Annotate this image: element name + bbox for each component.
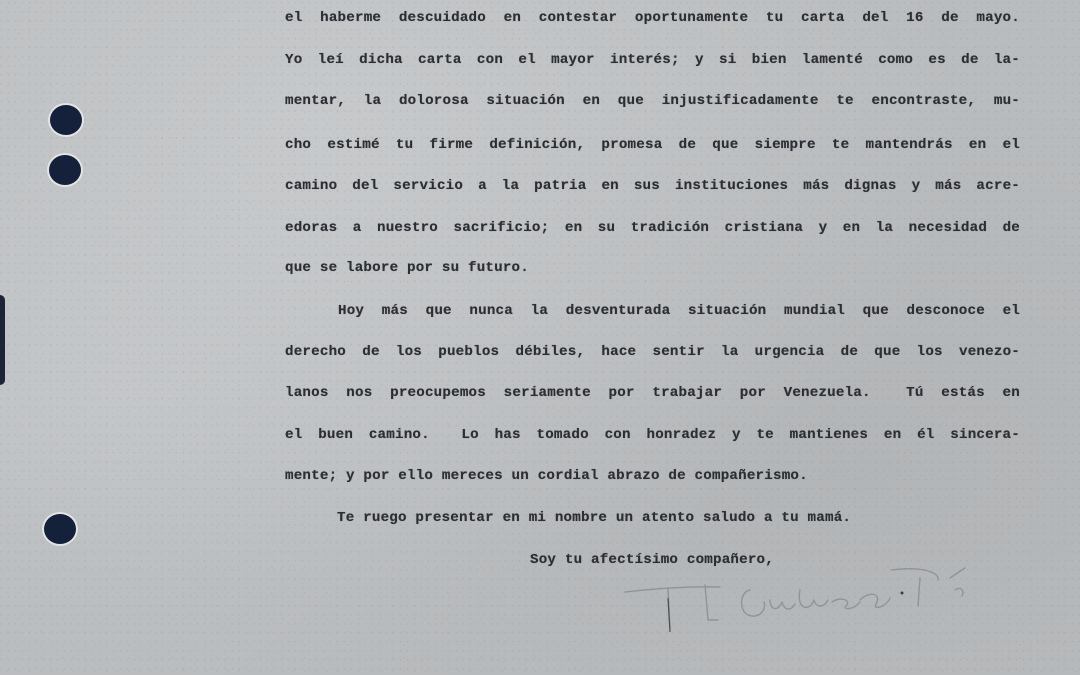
letter-line: camino del servicio a la patria en sus i… [285,176,1020,196]
letter-line: lanos nos preocupemos seriamente por tra… [285,383,1020,403]
letter-line: el haberme descuidado en contestar oport… [285,8,1020,28]
letter-line-indented: Te ruego presentar en mi nombre un atent… [337,508,851,528]
handwritten-signature [620,560,980,640]
letter-line: que se labore por su futuro. [285,258,529,278]
letter-line: cho estimé tu firme definición, promesa … [285,135,1020,155]
letter-line: mentar, la dolorosa situación en que inj… [285,91,1020,111]
letter-line: derecho de los pueblos débiles, hace sen… [285,342,1020,362]
letter-line: el buen camino. Lo has tomado con honrad… [285,425,1020,445]
letter-line: Yo leí dicha carta con el mayor interés;… [285,50,1020,70]
letter-line: mente; y por ello mereces un cordial abr… [285,466,808,486]
letter-line: edoras a nuestro sacrificio; en su tradi… [285,218,1020,238]
letter-line-indented: Hoy más que nunca la desventurada situac… [338,301,1020,321]
